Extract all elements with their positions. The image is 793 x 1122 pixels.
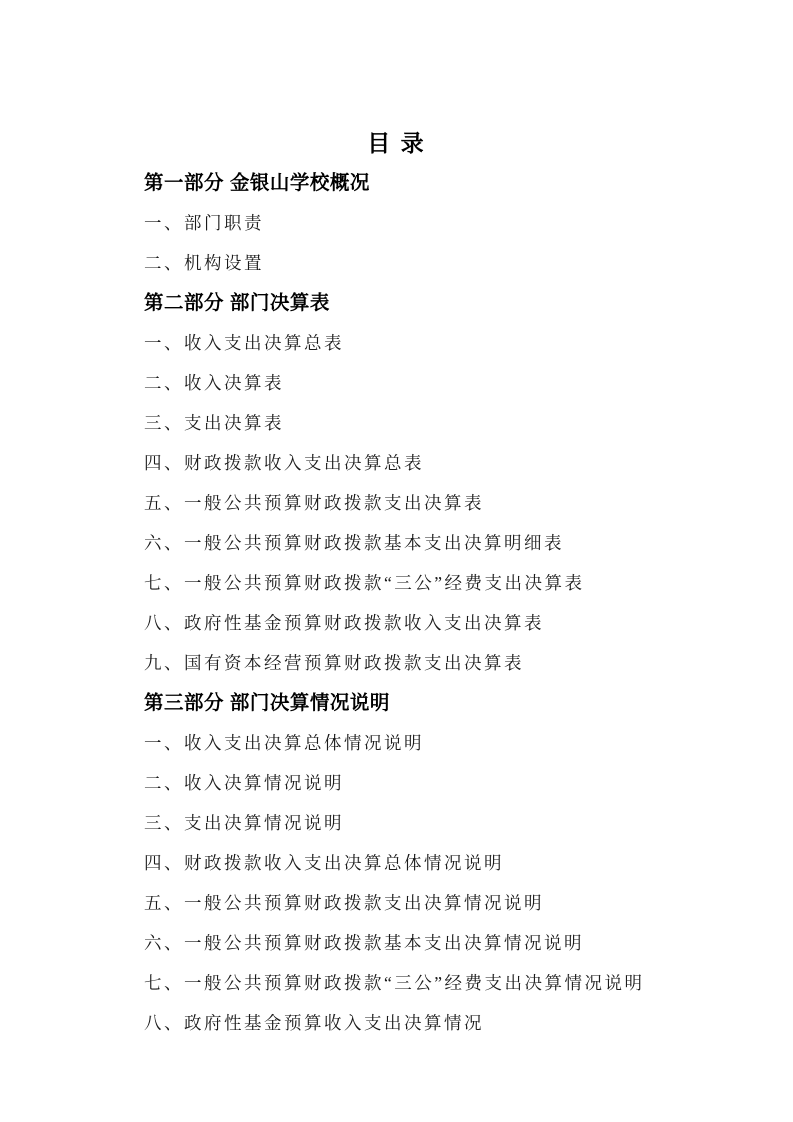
- section-2-heading: 第二部分 部门决算表: [0, 283, 793, 323]
- toc-item: 二、机构设置: [0, 243, 793, 283]
- toc-item: 五、一般公共预算财政拨款支出决算情况说明: [0, 883, 793, 923]
- toc-item: 四、财政拨款收入支出决算总表: [0, 443, 793, 483]
- toc-page: 目 录 第一部分 金银山学校概况 一、部门职责 二、机构设置 第二部分 部门决算…: [0, 0, 793, 1122]
- page-title: 目 录: [0, 123, 793, 163]
- toc-item: 六、一般公共预算财政拨款基本支出决算情况说明: [0, 923, 793, 963]
- toc-item: 三、支出决算情况说明: [0, 803, 793, 843]
- toc-item: 五、一般公共预算财政拨款支出决算表: [0, 483, 793, 523]
- toc-item: 七、一般公共预算财政拨款“三公”经费支出决算情况说明: [0, 963, 793, 1003]
- toc-item: 一、收入支出决算总表: [0, 323, 793, 363]
- toc-item: 二、收入决算情况说明: [0, 763, 793, 803]
- toc-item: 二、收入决算表: [0, 363, 793, 403]
- toc-item: 九、国有资本经营预算财政拨款支出决算表: [0, 643, 793, 683]
- section-3-heading: 第三部分 部门决算情况说明: [0, 683, 793, 723]
- toc-item: 八、政府性基金预算收入支出决算情况: [0, 1003, 793, 1043]
- toc-item: 八、政府性基金预算财政拨款收入支出决算表: [0, 603, 793, 643]
- toc-item: 七、一般公共预算财政拨款“三公”经费支出决算表: [0, 563, 793, 603]
- toc-item: 一、部门职责: [0, 203, 793, 243]
- section-1-heading: 第一部分 金银山学校概况: [0, 163, 793, 203]
- toc-item: 六、一般公共预算财政拨款基本支出决算明细表: [0, 523, 793, 563]
- toc-item: 三、支出决算表: [0, 403, 793, 443]
- toc-item: 一、收入支出决算总体情况说明: [0, 723, 793, 763]
- toc-item: 四、财政拨款收入支出决算总体情况说明: [0, 843, 793, 883]
